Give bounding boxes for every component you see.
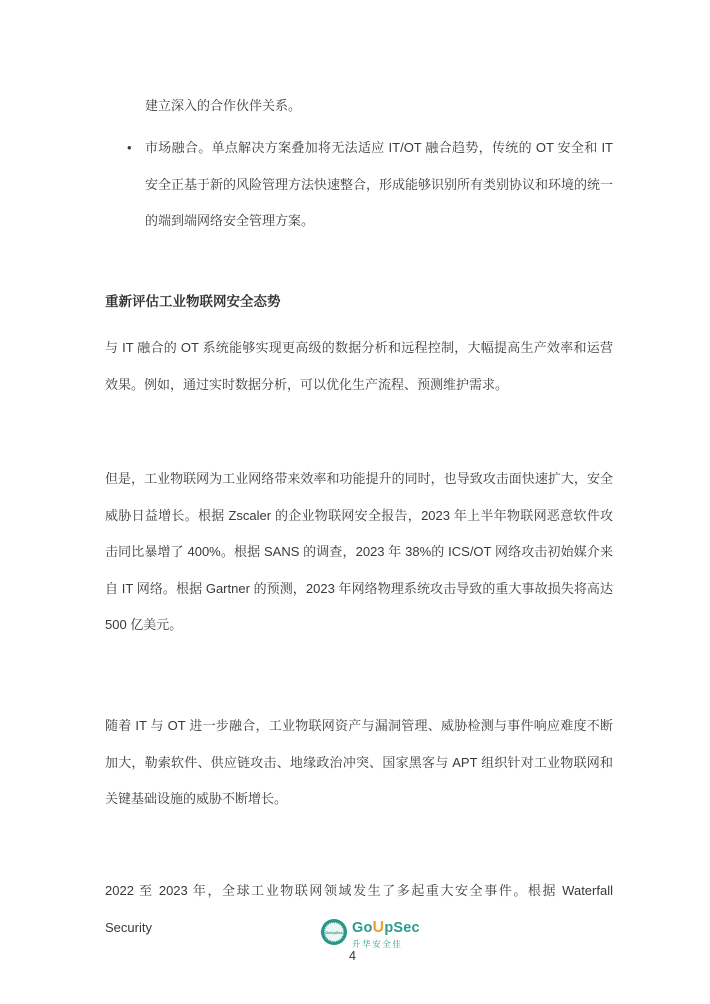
bullet-item-text: 市场融合。单点解决方案叠加将无法适应 IT/OT 融合趋势，传统的 OT 安全和… — [145, 140, 613, 228]
bullet-continuation-line: 建立深入的合作伙伴关系。 — [145, 88, 613, 125]
bullet-list-item: • 市场融合。单点解决方案叠加将无法适应 IT/OT 融合趋势，传统的 OT 安… — [145, 130, 613, 240]
brand-wordmark-go: Go — [352, 920, 373, 936]
goupsec-seal-center: GoUpSec — [324, 922, 344, 942]
document-page: 建立深入的合作伙伴关系。 • 市场融合。单点解决方案叠加将无法适应 IT/OT … — [0, 0, 710, 1004]
goupsec-seal-icon: GoUpSec — [321, 919, 347, 945]
brand-wordmark-u: U — [373, 919, 385, 936]
goupsec-seal-label: GoUpSec — [325, 930, 343, 935]
brand-block: GoUpSec 升华安全佳 — [352, 919, 420, 950]
body-paragraph: 与 IT 融合的 OT 系统能够实现更高级的数据分析和远程控制，大幅提高生产效率… — [105, 330, 613, 403]
body-paragraph: 随着 IT 与 OT 进一步融合，工业物联网资产与漏洞管理、威胁检测与事件响应难… — [105, 708, 613, 818]
page-number: 4 — [349, 948, 356, 964]
brand-wordmark: GoUpSec — [352, 921, 420, 935]
brand-tagline: 升华安全佳 — [352, 938, 420, 950]
section-heading: 重新评估工业物联网安全态势 — [105, 284, 613, 321]
body-paragraph: 但是，工业物联网为工业网络带来效率和功能提升的同时，也导致攻击面快速扩大，安全威… — [105, 461, 613, 644]
brand-wordmark-psec: pSec — [384, 920, 419, 936]
bullet-marker: • — [127, 130, 141, 167]
footer-logo: GoUpSec GoUpSec 升华安全佳 — [321, 919, 420, 950]
